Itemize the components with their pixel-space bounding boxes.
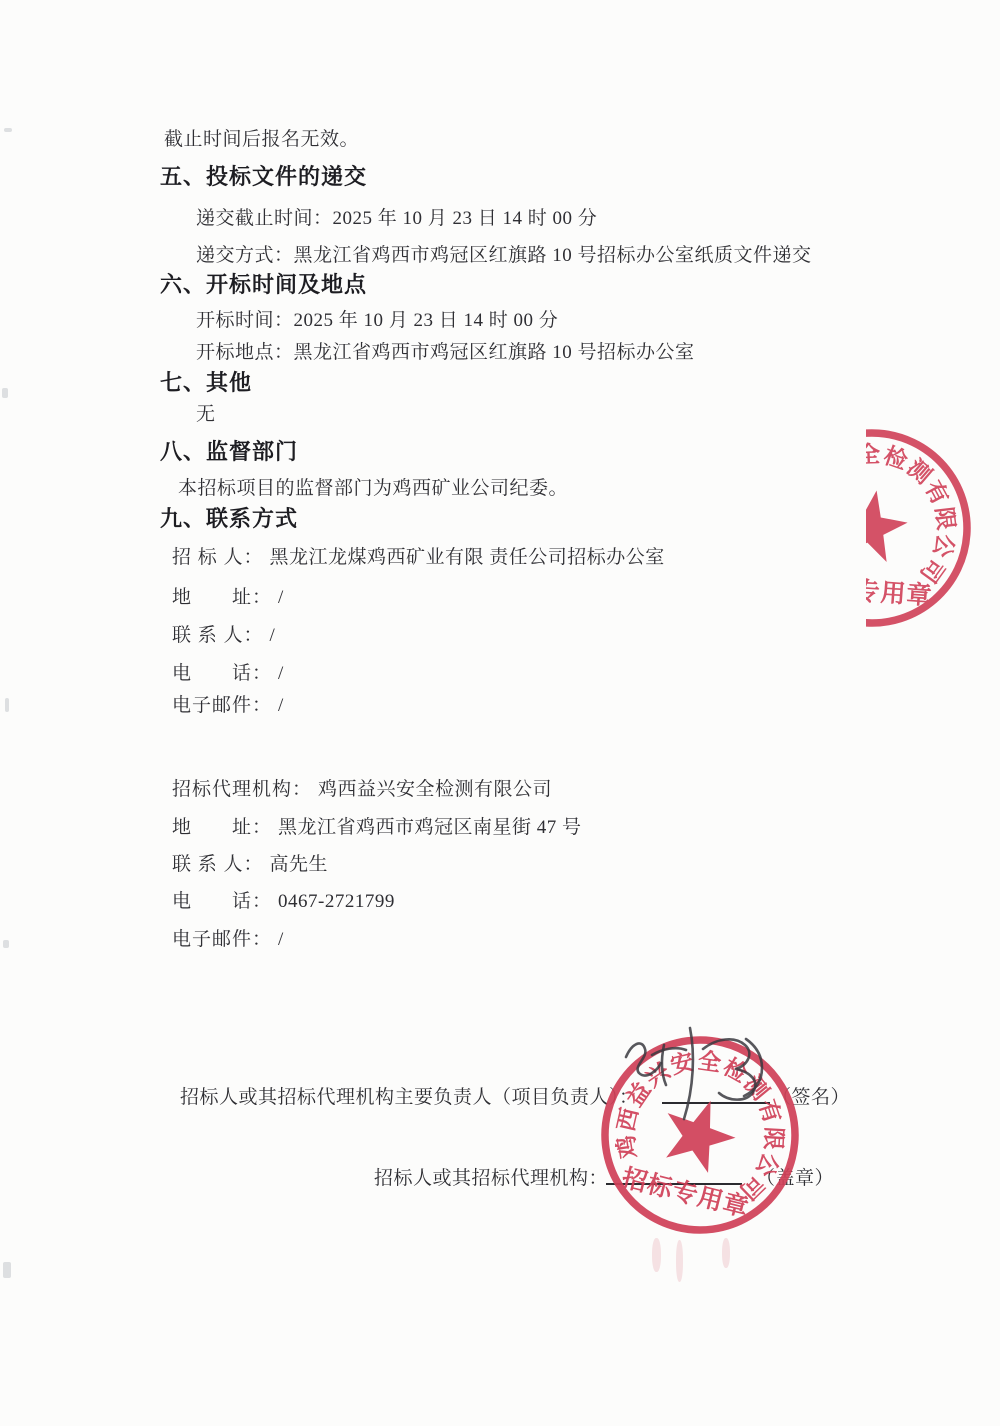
agency-row: 地 址：黑龙江省鸡西市鸡冠区南星街 47 号 xyxy=(172,816,582,840)
section-5-heading: 五、投标文件的递交 xyxy=(160,164,367,190)
opening-place-line: 开标地点：黑龙江省鸡西市鸡冠区红旗路 10 号招标办公室 xyxy=(196,341,695,365)
seal-purpose-text: 招标专用章 xyxy=(619,1163,752,1223)
ink-streak xyxy=(676,1240,683,1282)
opening-time-line: 开标时间：2025 年 10 月 23 日 14 时 00 分 xyxy=(196,309,558,333)
tenderer-row: 联 系 人：/ xyxy=(172,624,275,648)
intro-line: 截止时间后报名无效。 xyxy=(164,128,359,152)
company-seal-stamp-top: 鸡西益兴安全检测有限公司 招标专用章 xyxy=(767,423,977,633)
email-label: 电子邮件： xyxy=(172,695,272,716)
handwritten-signature xyxy=(600,1015,820,1135)
contact-label: 联 系 人： xyxy=(172,625,264,646)
section-7-heading: 七、其他 xyxy=(160,370,252,396)
section-9-heading: 九、联系方式 xyxy=(160,506,298,532)
email-value: / xyxy=(278,695,284,716)
email-label: 电子邮件： xyxy=(172,929,272,950)
contact-value: 高先生 xyxy=(270,854,329,875)
agency-row: 招标代理机构：鸡西益兴安全检测有限公司 xyxy=(172,778,552,802)
section-7-content: 无 xyxy=(196,403,216,427)
section-8-heading: 八、监督部门 xyxy=(160,439,298,465)
seal-purpose-text: 招标专用章 xyxy=(802,572,934,610)
phone-value: / xyxy=(278,663,284,684)
contact-label: 联 系 人： xyxy=(172,854,264,875)
submission-deadline-line: 递交截止时间：2025 年 10 月 23 日 14 时 00 分 xyxy=(196,207,597,231)
scan-artifact xyxy=(3,1262,11,1278)
agency-label: 招标代理机构： xyxy=(172,779,312,800)
phone-label: 电 话： xyxy=(172,663,272,684)
tenderer-row: 地 址：/ xyxy=(172,586,284,610)
scan-artifact xyxy=(5,698,9,712)
agency-stamp-line: 招标人或其招标代理机构： （盖章） xyxy=(0,1163,1000,1193)
agency-row: 电 话：0467-2721799 xyxy=(172,890,395,914)
scan-artifact xyxy=(3,940,9,948)
principal-signature-line: 招标人或其招标代理机构主要负责人（项目负责人）： （签名） xyxy=(0,1082,1000,1112)
contact-value: / xyxy=(270,625,276,646)
phone-value: 0467-2721799 xyxy=(278,891,395,912)
address-label: 地 址： xyxy=(172,817,272,838)
scan-artifact xyxy=(4,128,12,132)
scan-artifact xyxy=(2,388,8,398)
agency-stamp-label: 招标人或其招标代理机构： xyxy=(374,1163,608,1190)
tenderer-row: 招 标 人：黑龙江龙煤鸡西矿业有限 责任公司招标办公室 xyxy=(172,546,665,570)
tenderer-row: 电子邮件：/ xyxy=(172,694,284,718)
address-value: 黑龙江省鸡西市鸡冠区南星街 47 号 xyxy=(278,817,582,838)
tenderer-row: 电 话：/ xyxy=(172,662,284,686)
section-6-heading: 六、开标时间及地点 xyxy=(160,272,367,298)
address-value: / xyxy=(278,587,284,608)
principal-signature-label: 招标人或其招标代理机构主要负责人（项目负责人）： xyxy=(180,1082,639,1109)
email-value: / xyxy=(278,929,284,950)
supervision-line: 本招标项目的监督部门为鸡西矿业公司纪委。 xyxy=(178,477,568,501)
submission-method-line: 递交方式：黑龙江省鸡西市鸡冠区红旗路 10 号招标办公室纸质文件递交 xyxy=(196,244,812,268)
star-icon xyxy=(829,484,912,564)
ink-streak xyxy=(652,1238,661,1272)
agency-row: 电子邮件：/ xyxy=(172,928,284,952)
agency-value: 鸡西益兴安全检测有限公司 xyxy=(318,779,552,800)
tenderer-label: 招 标 人： xyxy=(172,547,264,568)
address-label: 地 址： xyxy=(172,587,272,608)
agency-row: 联 系 人：高先生 xyxy=(172,853,328,877)
tenderer-value: 黑龙江龙煤鸡西矿业有限 责任公司招标办公室 xyxy=(270,547,665,568)
phone-label: 电 话： xyxy=(172,891,272,912)
ink-streak xyxy=(722,1238,730,1268)
